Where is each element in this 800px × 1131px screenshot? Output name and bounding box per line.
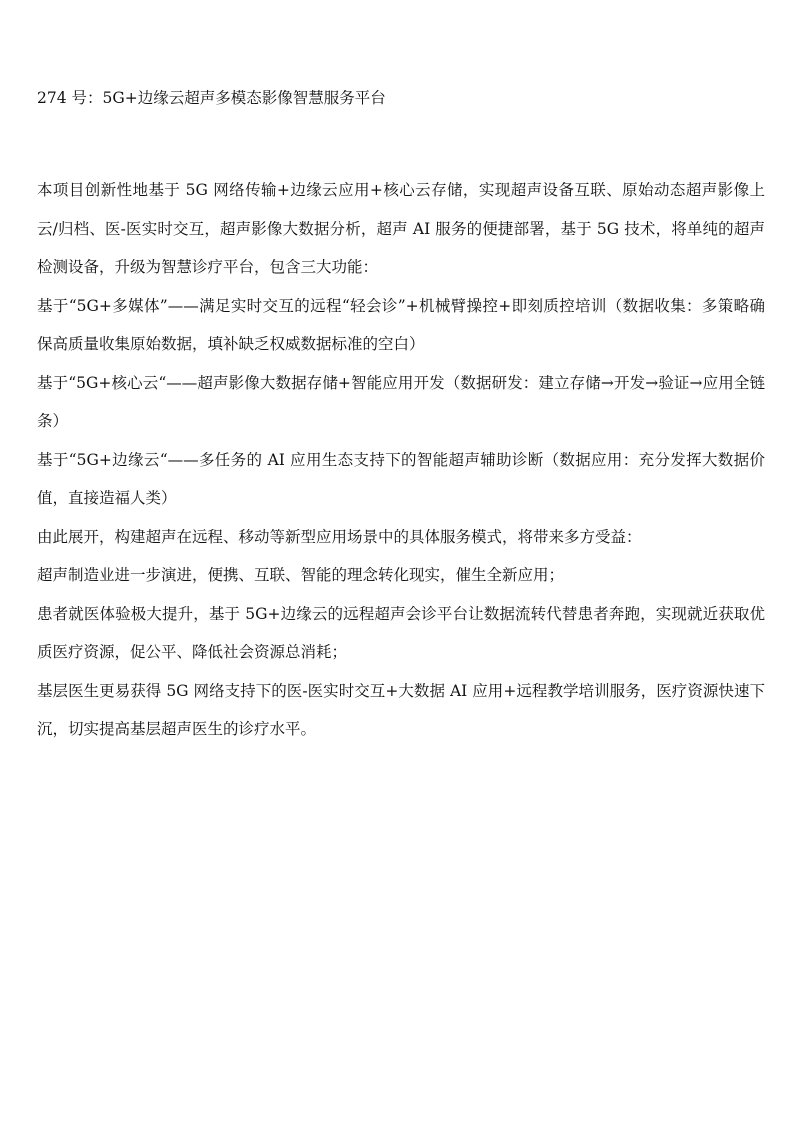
document-title: 274 号：5G+边缘云超声多模态影像智慧服务平台 — [37, 86, 386, 110]
paragraph-benefit-patients: 患者就医体验极大提升，基于 5G+边缘云的远程超声会诊平台让数据流转代替患者奔跑… — [37, 595, 765, 672]
paragraph-benefits-intro: 由此展开，构建超声在远程、移动等新型应用场景中的具体服务模式，将带来多方受益： — [37, 518, 765, 557]
paragraph-benefit-manufacturing: 超声制造业进一步演进，便携、互联、智能的理念转化现实，催生全新应用； — [37, 556, 765, 595]
paragraph-feature-core-cloud: 基于“5G+核心云“——超声影像大数据存储+智能应用开发（数据研发：建立存储→开… — [37, 364, 765, 441]
paragraph-intro: 本项目创新性地基于 5G 网络传输+边缘云应用+核心云存储，实现超声设备互联、原… — [37, 171, 765, 287]
paragraph-benefit-doctors: 基层医生更易获得 5G 网络支持下的医-医实时交互+大数据 AI 应用+远程教学… — [37, 672, 765, 749]
document-body: 本项目创新性地基于 5G 网络传输+边缘云应用+核心云存储，实现超声设备互联、原… — [37, 171, 765, 749]
paragraph-feature-multimedia: 基于“5G+多媒体”——满足实时交互的远程“轻会诊”+机械臂操控+即刻质控培训（… — [37, 287, 765, 364]
paragraph-feature-edge-cloud: 基于“5G+边缘云“——多任务的 AI 应用生态支持下的智能超声辅助诊断（数据应… — [37, 441, 765, 518]
